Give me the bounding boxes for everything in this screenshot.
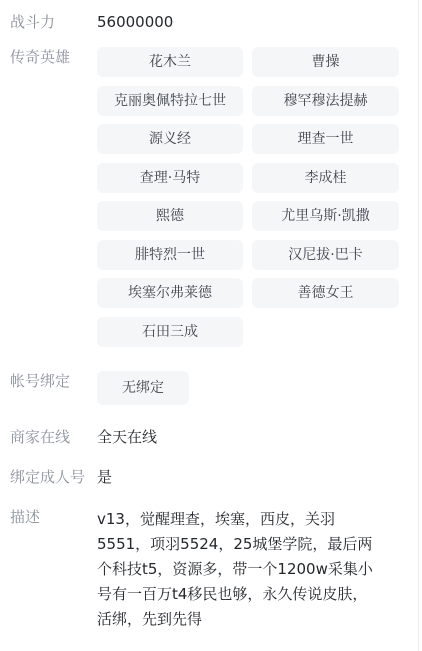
hero-chip: 石田三成 bbox=[97, 317, 243, 347]
hero-chip: 埃塞尔弗莱德 bbox=[97, 278, 243, 308]
field-row-combat-power: 战斗力 56000000 bbox=[10, 12, 410, 33]
hero-chip: 曹操 bbox=[252, 47, 399, 77]
merchant-online-value: 全天在线 bbox=[97, 427, 157, 448]
field-row-merchant-online: 商家在线 全天在线 bbox=[10, 427, 410, 448]
hero-chip: 理查一世 bbox=[252, 124, 399, 154]
hero-chip: 源义经 bbox=[97, 124, 243, 154]
hero-chip: 熙德 bbox=[97, 201, 243, 231]
hero-chip: 汉尼拔·巴卡 bbox=[252, 240, 399, 270]
hero-chip: 李成桂 bbox=[252, 163, 399, 193]
account-binding-chip: 无绑定 bbox=[97, 371, 189, 405]
hero-chip-list: 花木兰曹操克丽奥佩特拉七世穆罕穆法提赫源义经理查一世查理·马特李成桂熙德尤里乌斯… bbox=[97, 47, 399, 347]
field-row-account-binding: 帐号绑定 无绑定 bbox=[10, 371, 410, 405]
account-binding-label: 帐号绑定 bbox=[10, 371, 87, 392]
field-row-legendary-heroes: 传奇英雄 花木兰曹操克丽奥佩特拉七世穆罕穆法提赫源义经理查一世查理·马特李成桂熙… bbox=[10, 47, 410, 347]
field-list: 战斗力 56000000 传奇英雄 花木兰曹操克丽奥佩特拉七世穆罕穆法提赫源义经… bbox=[0, 0, 422, 632]
account-detail-panel: 战斗力 56000000 传奇英雄 花木兰曹操克丽奥佩特拉七世穆罕穆法提赫源义经… bbox=[0, 0, 422, 651]
hero-chip: 查理·马特 bbox=[97, 163, 243, 193]
combat-power-label: 战斗力 bbox=[10, 12, 87, 33]
hero-chip: 花木兰 bbox=[97, 47, 243, 77]
combat-power-value: 56000000 bbox=[97, 12, 173, 33]
field-row-description: 描述 v13，觉醒理查，埃塞，西皮，关羽 5551，项羽5524，25城堡学院，… bbox=[10, 507, 410, 632]
hero-chip: 尤里乌斯·凯撒 bbox=[252, 201, 399, 231]
merchant-online-label: 商家在线 bbox=[10, 427, 87, 448]
hero-chip: 穆罕穆法提赫 bbox=[252, 86, 399, 116]
description-text: v13，觉醒理查，埃塞，西皮，关羽 5551，项羽5524，25城堡学院，最后两… bbox=[97, 507, 410, 632]
legendary-heroes-label: 传奇英雄 bbox=[10, 47, 87, 68]
adult-account-label: 绑定成人号 bbox=[10, 467, 87, 488]
hero-chip: 善德女王 bbox=[252, 278, 399, 308]
panel-edge-divider bbox=[418, 0, 419, 651]
hero-chip: 克丽奥佩特拉七世 bbox=[97, 86, 243, 116]
hero-chip: 腓特烈一世 bbox=[97, 240, 243, 270]
description-label: 描述 bbox=[10, 507, 87, 528]
adult-account-value: 是 bbox=[97, 467, 112, 488]
field-row-adult-account: 绑定成人号 是 bbox=[10, 467, 410, 488]
